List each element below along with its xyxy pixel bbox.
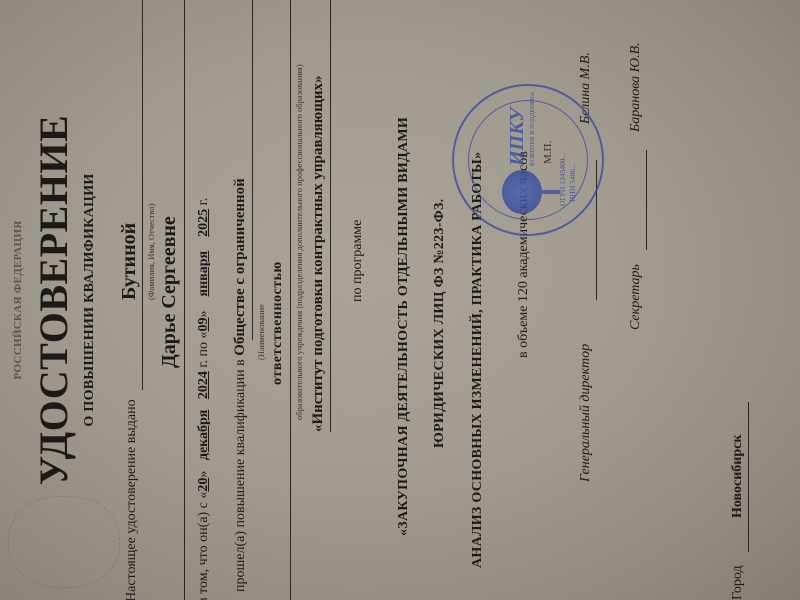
program-intro: по программе [350, 220, 366, 302]
to-year: 2025 [196, 209, 211, 237]
city-value: Новосибирск [730, 435, 746, 518]
issued-to-label: Настоящее удостоверение выдано [124, 399, 140, 600]
organization-rule-2 [290, 0, 291, 600]
stamp-logo: ИПКУ [506, 108, 529, 166]
from-day: 20 [196, 478, 211, 492]
secretary-name: Баранова Ю.В. [628, 42, 644, 132]
to-month: января [196, 251, 211, 297]
period-mid1: » [196, 471, 211, 478]
recipient-name: Дарье Сергеевне [158, 216, 181, 368]
surname-rule [142, 0, 143, 390]
study-period: в том, что он(а) с «20» декабря 2024 г. … [196, 198, 212, 600]
city-label: Город [730, 565, 746, 600]
from-month: декабря [196, 410, 211, 461]
organization-name-line2: ответственностью [270, 261, 286, 385]
organization-hint-2: образовательного учреждения (подразделен… [294, 64, 304, 420]
city-rule [748, 402, 749, 552]
director-label: Генеральный директор [578, 344, 594, 482]
to-day: 09 [196, 317, 211, 331]
country-label: РОССИЙСКАЯ ФЕДЕРАЦИЯ [12, 0, 24, 600]
organization-name-line1: Обществе с ограниченной [232, 178, 248, 356]
organization-rule-3 [330, 0, 331, 432]
organization-hint-1: (Наименование [256, 304, 266, 360]
document-photo: РОССИЙСКАЯ ФЕДЕРАЦИЯ УДОСТОВЕРЕНИЕ О ПОВ… [0, 0, 800, 600]
secretary-label: Секретарь [628, 264, 644, 330]
document-title: УДОСТОВЕРЕНИЕ [30, 0, 77, 600]
organization-name-line3: «Институт подготовки контрактных управля… [310, 75, 327, 432]
recipient-surname: Бутиной [118, 223, 141, 300]
period-mid3: » [196, 310, 211, 317]
surname-hint: (Фамилия, Имя, Отчество) [146, 203, 156, 300]
program-title-line2: ЮРИДИЧЕСКИХ ЛИЦ ФЗ №223-ФЗ. [432, 199, 448, 448]
document-subtitle: О ПОВЫШЕНИИ КВАЛИФИКАЦИИ [82, 0, 98, 600]
period-mid2: г. по « [196, 331, 211, 367]
stamp-mp: М.П. [542, 141, 554, 164]
organization-intro: прошел(а) повышение квалификации в Общес… [232, 178, 249, 592]
period-prefix: в том, что он(а) с « [196, 492, 211, 600]
tree-logo-icon [502, 170, 542, 214]
organization-rule-1 [252, 0, 253, 340]
secretary-signature-line [646, 150, 647, 250]
stamp-ogrn: ОГРН 1245400... [558, 153, 567, 206]
period-suffix: г. [196, 198, 211, 206]
name-rule [184, 0, 185, 600]
stamp-logo-caption: РАЗВИТИЕ И ПОДДЕРЖКА [530, 92, 536, 166]
certificate: РОССИЙСКАЯ ФЕДЕРАЦИЯ УДОСТОВЕРЕНИЕ О ПОВ… [0, 0, 800, 600]
stamp-inn: ИНН 5406... [568, 163, 577, 202]
organization-stamp: ИПКУ РАЗВИТИЕ И ПОДДЕРЖКА М.П. ОГРН 1245… [452, 84, 604, 236]
organization-intro-text: прошел(а) повышение квалификации в [233, 359, 248, 592]
from-year: 2024 [196, 371, 211, 399]
program-title-line1: «ЗАКУПОЧНАЯ ДЕЯТЕЛЬНОСТЬ ОТДЕЛЬНЫМИ ВИДА… [396, 117, 412, 536]
